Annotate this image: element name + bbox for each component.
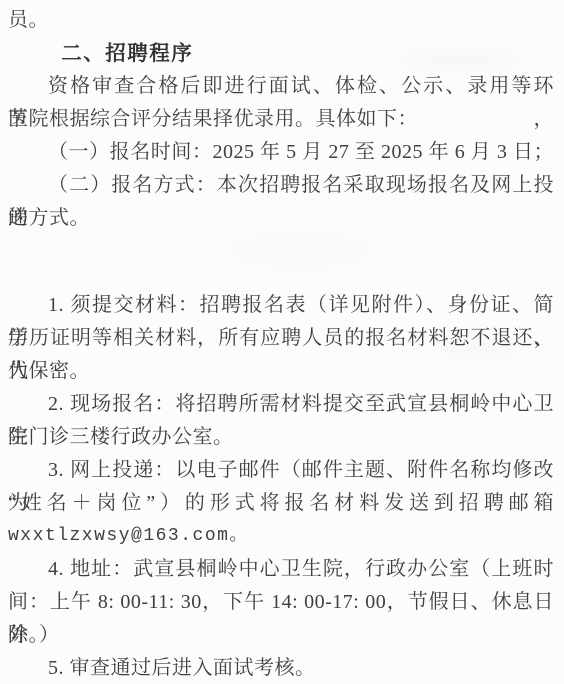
- paragraph-line: 院门诊三楼行政办公室。: [8, 421, 554, 454]
- paragraph-line: 间：上午 8: 00-11: 30，下午 14: 00-17: 00，节假日、休…: [8, 586, 554, 619]
- carryover-line: 员。: [8, 4, 554, 37]
- paragraph-line: 的方式。: [8, 202, 554, 235]
- item-two-reg-method: （二）报名方式：本次招聘报名采取现场报名及网上投递: [8, 169, 554, 202]
- paragraph-line: “姓名＋岗位”）的形式将报名材料发送到招聘邮箱: [8, 487, 554, 520]
- paragraph-line: 学历证明等相关材料，所有应聘人员的报名材料恕不退还，代: [8, 322, 554, 355]
- paragraph-line: 资格审查合格后即进行面试、体检、公示、录用等环节，: [8, 70, 554, 103]
- paragraph-line: 外。）: [8, 619, 554, 652]
- document-page: 员。 二、招聘程序 资格审查合格后即进行面试、体检、公示、录用等环节， 医院根据…: [0, 0, 564, 684]
- numbered-item-4-address: 4. 地址：武宣县桐岭中心卫生院，行政办公室（上班时: [8, 553, 554, 586]
- section-heading: 二、招聘程序: [61, 37, 554, 70]
- numbered-item-1-materials: 1. 须提交材料：招聘报名表（详见附件）、身份证、简历、: [8, 289, 554, 322]
- item-one-reg-time: （一）报名时间：2025 年 5 月 27 至 2025 年 6 月 3 日；: [8, 136, 554, 169]
- numbered-item-2-onsite: 2. 现场报名：将招聘所需材料提交至武宣县桐岭中心卫生: [8, 388, 554, 421]
- numbered-item-5-interview: 5. 审查通过后进入面试考核。: [8, 652, 554, 684]
- numbered-item-3-online: 3. 网上投递：以电子邮件（邮件主题、附件名称均修改为: [8, 454, 554, 487]
- paragraph-line: 为保密。: [8, 355, 554, 388]
- recruitment-email: wxxtlzxwsy@163.com。: [8, 520, 554, 553]
- blank-gap: [8, 235, 554, 289]
